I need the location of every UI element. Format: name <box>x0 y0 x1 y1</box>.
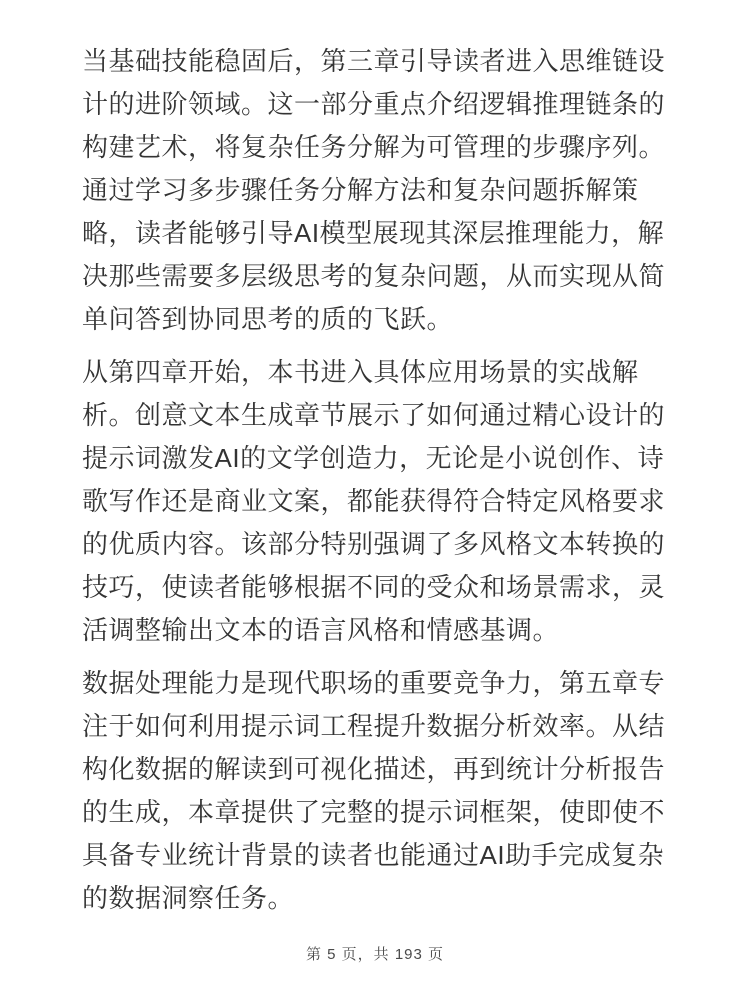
page-content: 当基础技能稳固后，第三章引导读者进入思维链设计的进阶领域。这一部分重点介绍逻辑推… <box>82 40 668 920</box>
document-page: 当基础技能稳固后，第三章引导读者进入思维链设计的进阶领域。这一部分重点介绍逻辑推… <box>0 0 750 1000</box>
paragraph-2: 从第四章开始，本书进入具体应用场景的实战解析。创意文本生成章节展示了如何通过精心… <box>82 351 668 652</box>
paragraph-1: 当基础技能稳固后，第三章引导读者进入思维链设计的进阶领域。这一部分重点介绍逻辑推… <box>82 40 668 341</box>
page-indicator: 第 5 页，共 193 页 <box>0 943 750 964</box>
paragraph-3: 数据处理能力是现代职场的重要竞争力，第五章专注于如何利用提示词工程提升数据分析效… <box>82 662 668 920</box>
